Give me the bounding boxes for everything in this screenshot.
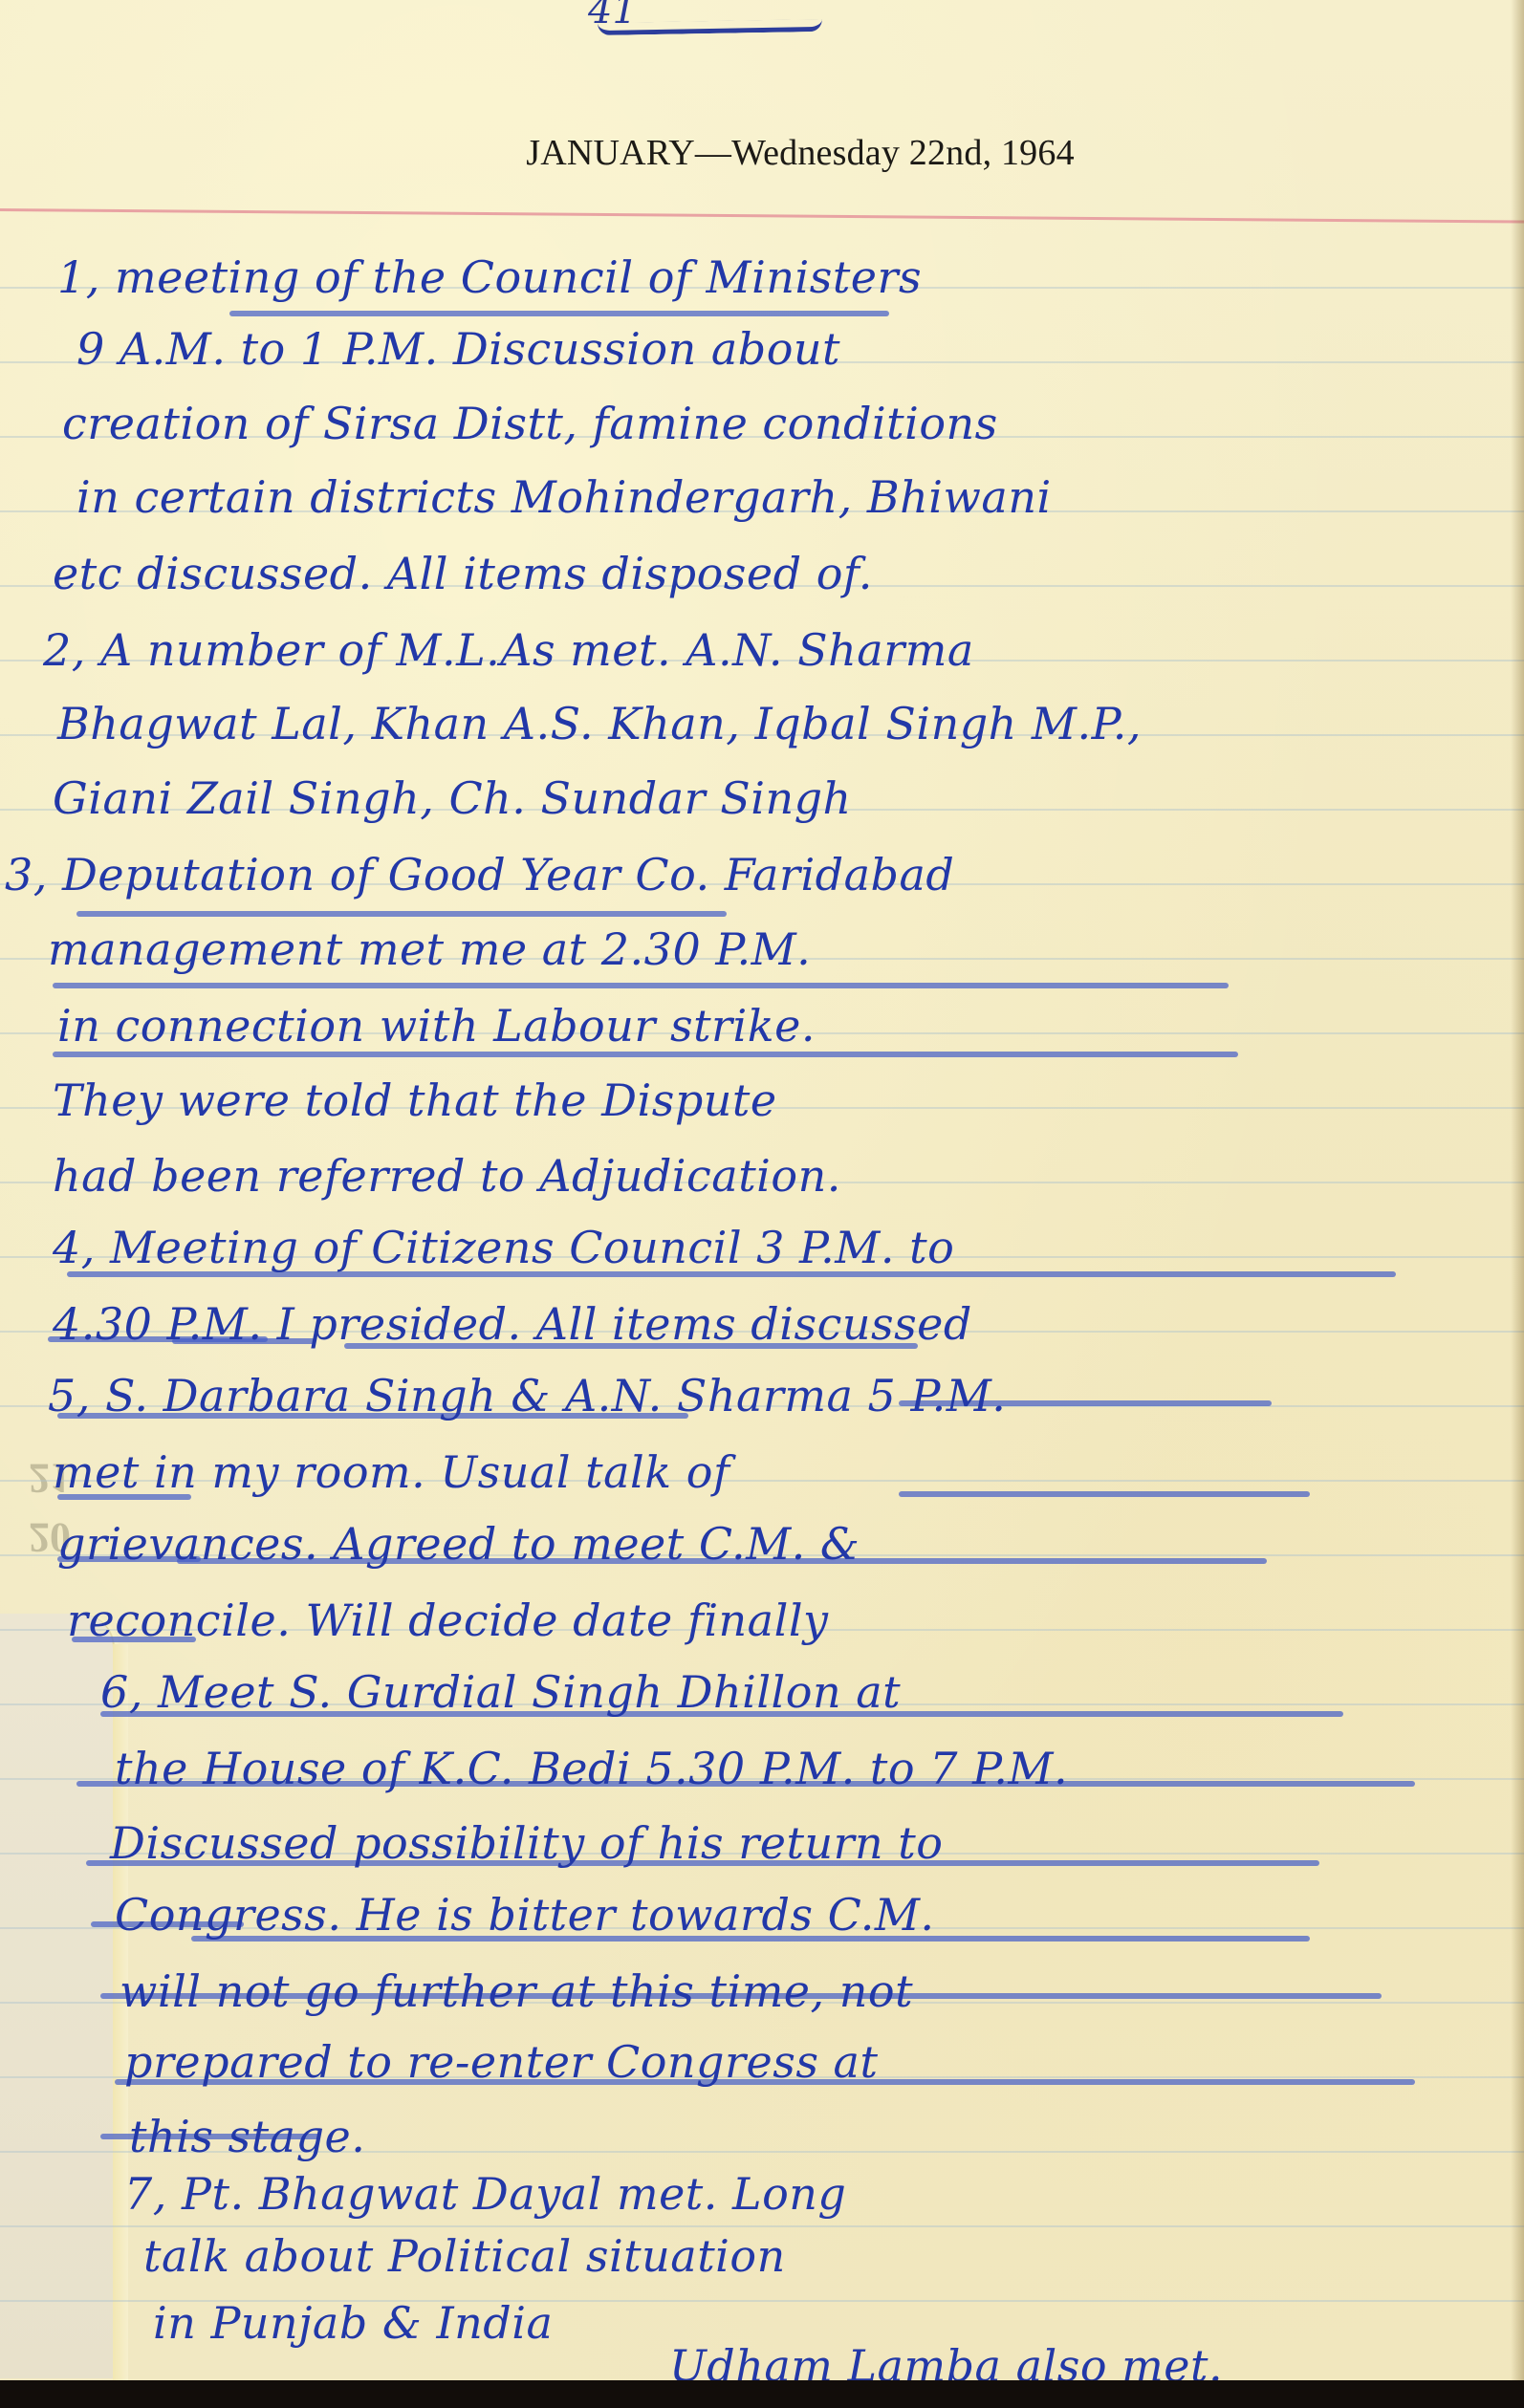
- handwritten-line: prepared to re-enter Congress at: [0, 2028, 1524, 2095]
- handwritten-line-text: grievances. Agreed to meet C.M. &: [57, 1510, 860, 1577]
- handwritten-line-text: Congress. He is bitter towards C.M.: [115, 1881, 935, 1948]
- handwritten-line-text: Bhagwat Lal, Khan A.S. Khan, Iqbal Singh…: [57, 690, 1142, 757]
- handwritten-line: 3, Deputation of Good Year Co. Faridabad: [0, 841, 1524, 908]
- handwritten-line-text: They were told that the Dispute: [53, 1067, 777, 1134]
- handwritten-line-text: in connection with Labour strike.: [57, 992, 816, 1059]
- handwritten-line: They were told that the Dispute: [0, 1067, 1524, 1134]
- handwritten-line-text: the House of K.C. Bedi 5.30 P.M. to 7 P.…: [115, 1735, 1068, 1802]
- handwritten-line: grievances. Agreed to meet C.M. &: [0, 1510, 1524, 1577]
- page-right-edge: [1511, 0, 1524, 2380]
- handwritten-line-text: 7, Pt. Bhagwat Dayal met. Long: [124, 2160, 846, 2227]
- header-pink-rule: [0, 208, 1524, 224]
- handwritten-line-text: 4.30 P.M. I presided. All items discusse…: [53, 1291, 972, 1357]
- handwritten-line-text: Giani Zail Singh, Ch. Sundar Singh: [53, 765, 852, 832]
- handwritten-line: management met me at 2.30 P.M.: [0, 916, 1524, 983]
- handwritten-line: the House of K.C. Bedi 5.30 P.M. to 7 P.…: [0, 1735, 1524, 1802]
- handwritten-line-text: had been referred to Adjudication.: [53, 1142, 841, 1209]
- handwritten-line-text: in certain districts Mohindergarh, Bhiwa…: [76, 464, 1052, 531]
- handwritten-line-text: management met me at 2.30 P.M.: [48, 916, 811, 983]
- handwritten-line-text: reconcile. Will decide date finally: [67, 1587, 829, 1654]
- handwritten-line: 4, Meeting of Citizens Council 3 P.M. to: [0, 1214, 1524, 1281]
- date-header-text: JANUARY—Wednesday 22nd, 1964: [449, 133, 1075, 173]
- handwritten-line: talk about Political situation: [0, 2223, 1524, 2289]
- handwritten-line: Giani Zail Singh, Ch. Sundar Singh: [0, 765, 1524, 832]
- ink-underline: [53, 983, 1229, 988]
- handwritten-line: met in my room. Usual talk of: [0, 1439, 1524, 1506]
- handwritten-line-text: 5, S. Darbara Singh & A.N. Sharma 5 P.M.: [48, 1362, 1006, 1429]
- handwritten-line: 2, A number of M.L.As met. A.N. Sharma: [0, 617, 1524, 683]
- handwritten-line-text: Discussed possibility of his return to: [110, 1810, 943, 1877]
- handwritten-line: 5, S. Darbara Singh & A.N. Sharma 5 P.M.: [0, 1362, 1524, 1429]
- handwritten-line: 4.30 P.M. I presided. All items discusse…: [0, 1291, 1524, 1357]
- handwritten-line-text: will not go further at this time, not: [120, 1958, 913, 2025]
- handwritten-line: had been referred to Adjudication.: [0, 1142, 1524, 1209]
- handwritten-line: creation of Sirsa Distt, famine conditio…: [0, 390, 1524, 457]
- handwritten-line-text: 4, Meeting of Citizens Council 3 P.M. to: [53, 1214, 954, 1281]
- scan-bottom-edge: [0, 2380, 1524, 2408]
- handwritten-line: will not go further at this time, not: [0, 1958, 1524, 2025]
- handwritten-line: 7, Pt. Bhagwat Dayal met. Long: [0, 2160, 1524, 2227]
- handwritten-line: in connection with Labour strike.: [0, 992, 1524, 1059]
- handwritten-line-text: 3, Deputation of Good Year Co. Faridabad: [5, 841, 954, 908]
- date-header: JANUARY—Wednesday 22nd, 1964: [0, 132, 1524, 174]
- handwritten-line: 9 A.M. to 1 P.M. Discussion about: [0, 315, 1524, 382]
- handwritten-line: Bhagwat Lal, Khan A.S. Khan, Iqbal Singh…: [0, 690, 1524, 757]
- page-number-underline: [598, 19, 822, 35]
- handwritten-line: 6, Meet S. Gurdial Singh Dhillon at: [0, 1659, 1524, 1725]
- handwritten-line-text: etc discussed. All items disposed of.: [53, 540, 873, 607]
- handwritten-line: 1, meeting of the Council of Ministers: [0, 244, 1524, 311]
- handwritten-line-text: prepared to re-enter Congress at: [124, 2028, 878, 2095]
- handwritten-line: etc discussed. All items disposed of.: [0, 540, 1524, 607]
- handwritten-line: in certain districts Mohindergarh, Bhiwa…: [0, 464, 1524, 531]
- handwritten-line-text: creation of Sirsa Distt, famine conditio…: [62, 390, 998, 457]
- handwritten-line: Congress. He is bitter towards C.M.: [0, 1881, 1524, 1948]
- handwritten-line-text: 6, Meet S. Gurdial Singh Dhillon at: [100, 1659, 901, 1725]
- handwritten-line-text: 1, meeting of the Council of Ministers: [57, 244, 922, 311]
- handwritten-line: Discussed possibility of his return to: [0, 1810, 1524, 1877]
- handwritten-line-text: met in my room. Usual talk of: [53, 1439, 729, 1506]
- diary-page: 20 21 41 JANUARY—Wednesday 22nd, 1964 1,…: [0, 0, 1524, 2380]
- handwritten-line-text: talk about Political situation: [143, 2223, 786, 2289]
- handwritten-line: reconcile. Will decide date finally: [0, 1587, 1524, 1654]
- handwritten-line-text: 2, A number of M.L.As met. A.N. Sharma: [43, 617, 974, 683]
- handwritten-line-text: 9 A.M. to 1 P.M. Discussion about: [76, 315, 840, 382]
